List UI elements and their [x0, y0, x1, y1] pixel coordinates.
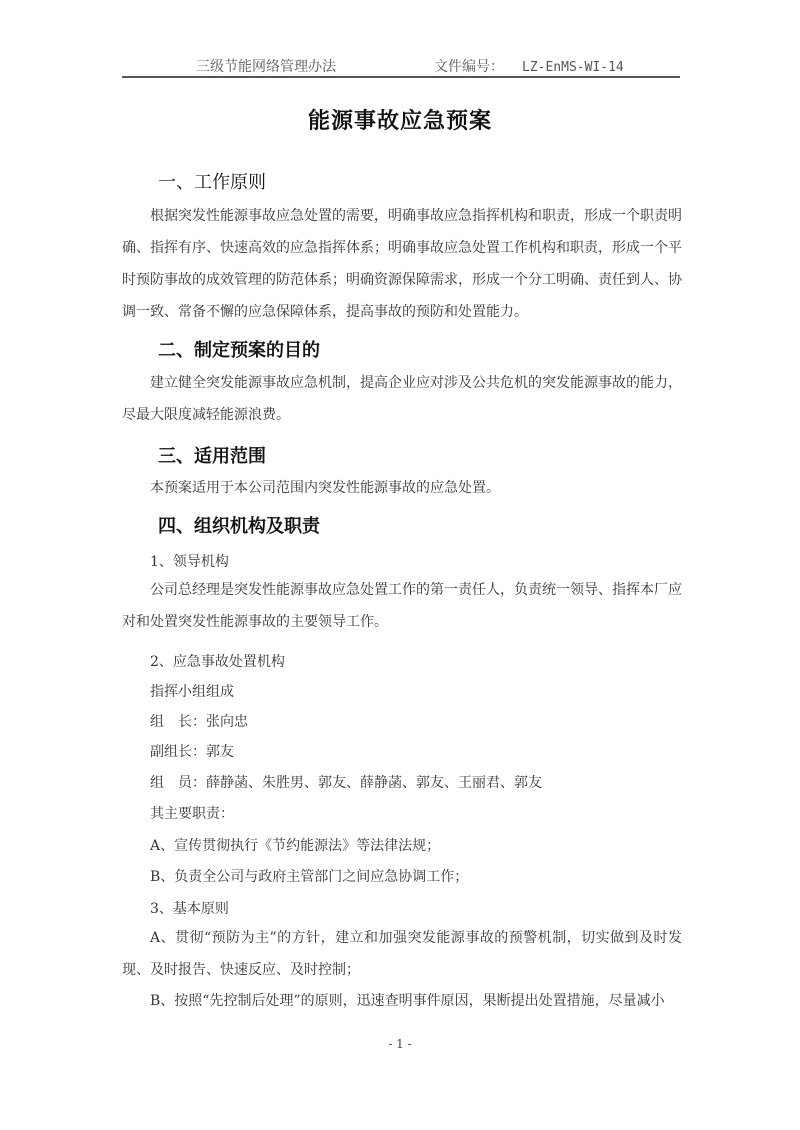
file-number-label: 文件编号： — [434, 59, 504, 75]
command-group-title: 指挥小组组成 — [150, 681, 234, 701]
section-2-paragraph: 建立健全突发能源事故应急机制，提高企业应对涉及公共危机的突发能源事故的能力，尽最… — [122, 367, 682, 431]
section-heading-4: 四、组织机构及职责 — [158, 512, 320, 538]
section-heading-3: 三、适用范围 — [158, 442, 266, 468]
subheading-emergency-org: 2、应急事故处置机构 — [150, 651, 285, 671]
duty-b: B、负责全公司与政府主管部门之间应急协调工作； — [150, 866, 468, 886]
duty-a: A、宣传贯彻执行《节约能源法》等法律法规； — [150, 835, 440, 855]
section-heading-2: 二、制定预案的目的 — [158, 336, 320, 362]
principle-b: B、按照“先控制后处理”的原则，迅速查明事件原因，果断提出处置措施，尽量减小 — [122, 985, 682, 1017]
group-members: 组 员：薛静菡、朱胜男、郭友、薛静菡、郭友、王丽君、郭友 — [150, 772, 542, 792]
document-title: 能源事故应急预案 — [0, 104, 800, 135]
file-number-value: LZ-EnMS-WI-14 — [522, 60, 624, 75]
section-1-paragraph: 根据突发性能源事故应急处置的需要，明确事故应急指挥机构和职责，形成一个职责明确、… — [122, 200, 682, 328]
section-3-paragraph: 本预案适用于本公司范围内突发性能源事故的应急处置。 — [122, 472, 682, 504]
page-number: - 1 - — [0, 1037, 800, 1051]
deputy-leader: 副组长：郭友 — [150, 741, 234, 761]
subheading-leadership: 1、领导机构 — [150, 551, 229, 571]
page-header: 三级节能网络管理办法 文件编号：LZ-EnMS-WI-14 — [122, 56, 678, 76]
leadership-paragraph: 公司总经理是突发性能源事故应急处置工作的第一责任人，负责统一领导、指挥本厂应对和… — [122, 574, 682, 638]
header-doc-name: 三级节能网络管理办法 — [196, 56, 336, 76]
duties-label: 其主要职责： — [150, 803, 234, 823]
header-divider — [122, 76, 680, 78]
subheading-basic-principles: 3、基本原则 — [150, 898, 229, 918]
principle-a: A、贯彻“预防为主”的方针，建立和加强突发能源事故的预警机制，切实做到及时发现、… — [122, 922, 682, 986]
section-heading-1: 一、工作原则 — [158, 168, 266, 194]
header-file-number: 文件编号：LZ-EnMS-WI-14 — [434, 56, 624, 76]
group-leader: 组 长：张向忠 — [150, 711, 248, 731]
